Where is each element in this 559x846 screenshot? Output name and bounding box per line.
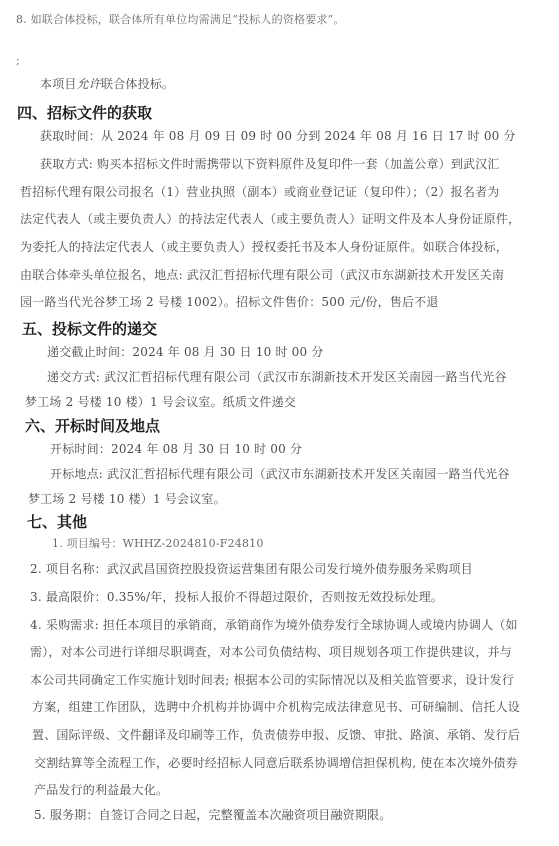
project-number: 1. 项目编号：WHHZ-2024810-F24810: [52, 535, 264, 551]
procurement-requirement-line: 交割结算等全流程工作，必要时经招标人同意后联系协调增信担保机构, 使在本次境外债…: [34, 754, 518, 771]
stray-semicolon: ;: [16, 54, 20, 67]
procurement-requirement-line: 需），对本公司进行详细尽职调查，对本公司负债结构、项目规划各项工作提供建议，并与: [30, 643, 512, 660]
acquisition-method-line: 哲招标代理有限公司报名（1）营业执照（副本）或商业登记证（复印件）；（2）报名者…: [20, 183, 499, 200]
section-7-heading: 七、其他: [27, 511, 87, 532]
opening-time: 开标时间：2024 年 08 月 30 日 10 时 00 分: [50, 440, 302, 457]
consortium-allow: 允许: [77, 77, 101, 91]
project-name: 2. 项目名称：武汉武昌国资控股投资运营集团有限公司发行境外债券服务采购项目: [30, 560, 473, 577]
consortium-suffix: 联合体投标。: [101, 77, 174, 91]
submission-method-line: 梦工场 2 号楼 10 楼）1 号会议室。纸质文件递交: [25, 393, 296, 410]
procurement-requirement-line: 方案，组建工作团队，选聘中介机构并协调中介机构完成法律意见书、可研编制、信托人设: [32, 698, 520, 715]
procurement-requirement-line: 产品发行的利益最大化。: [34, 781, 168, 798]
section-5-heading: 五、投标文件的递交: [22, 318, 157, 339]
acquisition-time: 获取时间：从 2024 年 08 月 09 日 09 时 00 分到 2024 …: [40, 127, 516, 144]
acquisition-method-line: 获取方式: 购买本招标文件时需携带以下资料原件及复印件一套（加盖公章）到武汉汇: [40, 155, 500, 172]
item-8-consortium-requirement: 8. 如联合体投标，联合体所有单位均需满足“投标人的资格要求”。: [16, 11, 345, 27]
section-6-heading: 六、开标时间及地点: [25, 415, 160, 436]
acquisition-method-line: 由联合体牵头单位报名，地点: 武汉汇哲招标代理有限公司（武汉市东湖新技术开发区关…: [20, 266, 504, 283]
submission-deadline: 递交截止时间：2024 年 08 月 30 日 10 时 00 分: [47, 343, 324, 360]
acquisition-method-line: 园一路当代光谷梦工场 2 号楼 1002）。招标文件售价：500 元/份，售后不…: [20, 293, 439, 310]
procurement-requirement-line: 本公司共同确定工作实施计划时间表; 根据本公司的实际情况以及相关监管要求，设计发…: [30, 671, 514, 688]
submission-method-line: 递交方式: 武汉汇哲招标代理有限公司（武汉市东湖新技术开发区关南园一路当代光谷: [47, 368, 507, 385]
procurement-requirement-line: 4. 采购需求: 担任本项目的承销商，承销商作为境外债券发行全球协调人或境内协调…: [30, 616, 518, 633]
consortium-allowed-statement: 本项目允许联合体投标。: [40, 75, 174, 92]
acquisition-method-line: 法定代表人（或主要负责人）的持法定代表人（或主要负责人）证明文件及本人身份证原件…: [20, 210, 520, 227]
consortium-prefix: 本项目: [40, 77, 77, 91]
price-ceiling: 3. 最高限价：0.35%/年，投标人报价不得超过限价，否则按无效投标处理。: [30, 588, 443, 605]
opening-place-line: 梦工场 2 号楼 10 楼）1 号会议室。: [28, 490, 226, 507]
procurement-requirement-line: 置、国际评级、文件翻译及印刷等工作，负责债券申报、反馈、审批、路演、承销、发行后: [32, 726, 520, 743]
opening-place-line: 开标地点: 武汉汇哲招标代理有限公司（武汉市东湖新技术开发区关南园一路当代光谷: [50, 465, 510, 482]
service-period: 5. 服务期：自签订合同之日起，完整覆盖本次融资项目融资期限。: [34, 806, 391, 823]
section-4-heading: 四、招标文件的获取: [17, 102, 152, 123]
acquisition-method-line: 为委托人的持法定代表人（或主要负责人）授权委托书及本人身份证原件。如联合体投标，: [20, 238, 508, 255]
